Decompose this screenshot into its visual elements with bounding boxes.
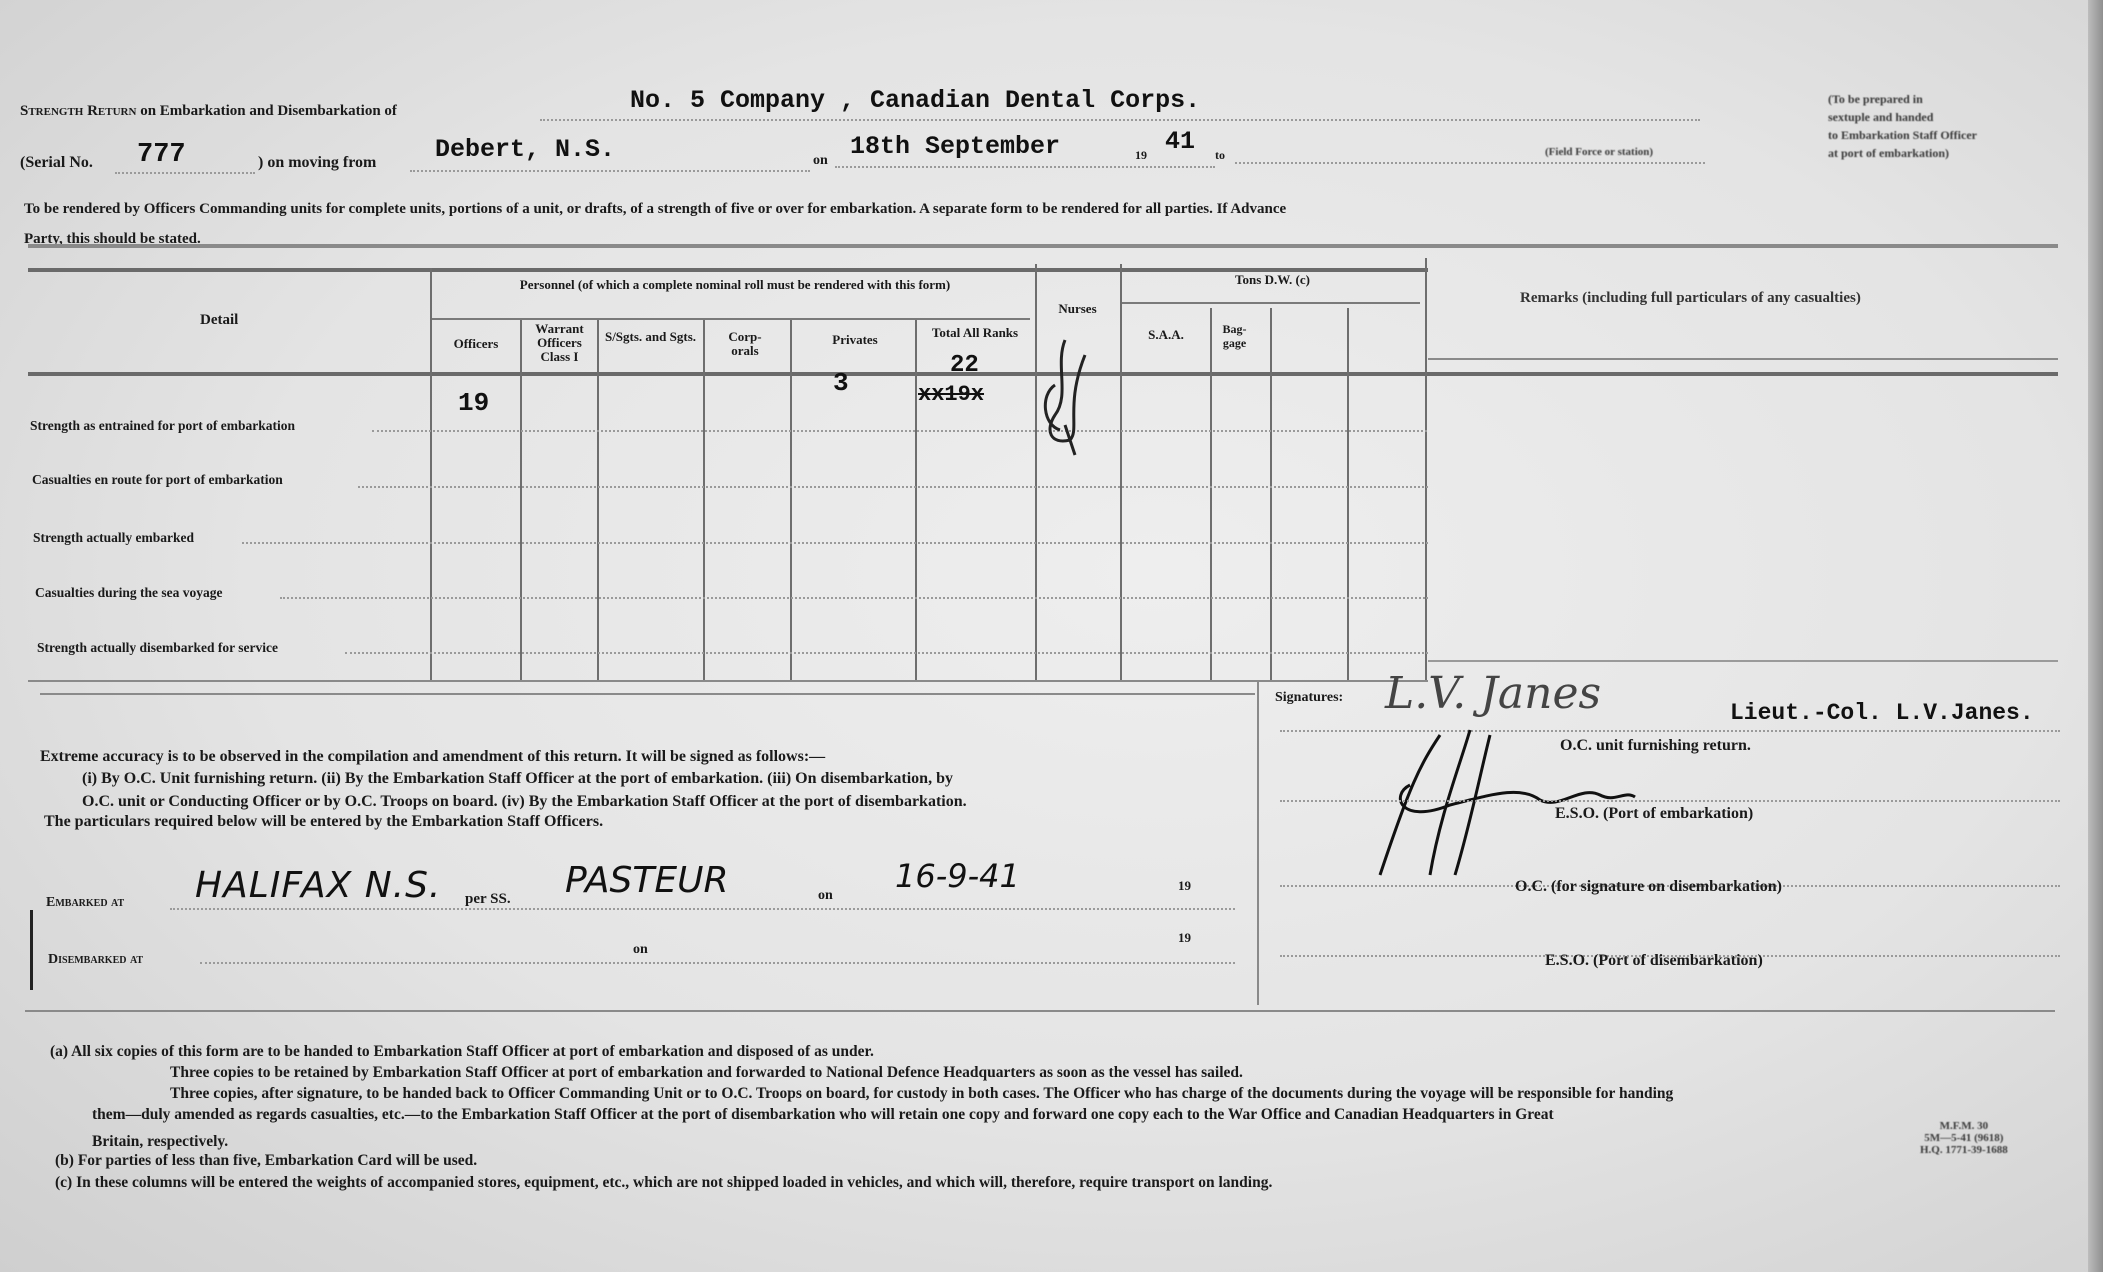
table-bottom-border [28,680,1428,682]
row-label-disembarked: Strength actually disembarked for servic… [37,640,278,656]
row-label-casualties-en-route: Casualties en route for port of embarkat… [32,472,283,488]
oc-disembarkation-caption: O.C. (for signature on disembarkation) [1515,878,1782,896]
date-value: 18th September [850,132,1060,161]
side-note: (To be prepared in sextuple and handed t… [1828,90,1977,162]
note-c: (c) In these columns will be entered the… [55,1174,1272,1192]
detail-header: Detail [200,312,238,329]
row-label-actually-embarked: Strength actually embarked [33,530,194,546]
col-divider [1425,258,1427,680]
disembarked-line [200,962,1235,964]
form-id: M.F.M. 30 5M—5-41 (9618) H.Q. 1771-39-16… [1920,1120,2008,1156]
col-divider [915,320,917,680]
personnel-header: Personnel (of which a complete nominal r… [440,278,1030,292]
row-rule [280,597,1428,599]
note-a-5: Britain, respectively. [92,1133,228,1151]
col-baggage: Bag-gage [1212,322,1257,350]
remarks-bottom-line [1428,660,2058,662]
unit-name: No. 5 Company , Canadian Dental Corps. [630,86,1200,115]
embarked-at-value: HALIFAX N.S. [195,865,441,906]
cell-privates-entrained: 3 [833,368,849,398]
serial-field-line [115,172,255,174]
col-divider [1210,308,1212,680]
col-divider [1270,308,1272,680]
section-divider [40,693,1255,695]
to-label: to [1215,148,1225,163]
col-divider [1120,264,1122,680]
document-page: Strength Return on Embarkation and Disem… [0,0,2103,1272]
form-id-line: M.F.M. 30 [1920,1120,2008,1132]
disembarked-on-label: on [633,942,648,958]
oc-typed-name: Lieut.-Col. L.V.Janes. [1730,700,2034,726]
remarks-header: Remarks (including full particulars of a… [1520,290,1861,307]
moving-from-label: ) on moving from [258,154,376,172]
year-prefix: 19 [1135,148,1147,163]
form-title: Strength Return on Embarkation and Disem… [20,103,397,120]
col-divider [430,268,432,680]
note-a-4: them—duly amended as regards casualties,… [92,1106,1554,1124]
signing-line-3: O.C. unit or Conducting Officer or by O.… [82,793,967,811]
col-divider [520,320,522,680]
table-top-border [28,244,2058,248]
col-corporals: Corp-orals [715,330,775,358]
year-value: 41 [1165,127,1195,156]
moving-from-line [410,170,810,172]
row-rule [358,486,1428,488]
date-on-label: on [813,153,828,169]
tons-header: Tons D.W. (c) [1125,273,1420,287]
tons-subheader-line [1120,302,1420,304]
form-title-rest: on Embarkation and Disembarkation of [140,103,397,119]
signing-line-2: (i) By O.C. Unit furnishing return. (ii)… [82,770,953,788]
embarked-at-label: Embarked at [46,895,124,911]
embarked-year-prefix: 19 [1178,878,1191,894]
remarks-line [1428,358,2058,360]
col-divider [703,320,705,680]
row-rule [242,542,1428,544]
notes-divider [25,1010,2055,1012]
note-a-3: Three copies, after signature, to be han… [170,1085,1673,1103]
eso-sign-line [1280,800,2060,802]
unit-field-line [540,119,1700,121]
row-label-casualties-voyage: Casualties during the sea voyage [35,585,223,601]
form-id-line: 5M—5-41 (9618) [1920,1132,2008,1144]
nurses-mark-icon [1035,335,1095,460]
cell-total-struck: xx19x [918,382,984,407]
col-sgts: S/Sgts. and Sgts. [603,330,698,344]
embarked-line [170,908,1235,910]
col-divider [1035,264,1037,680]
row-label-entrained: Strength as entrained for port of embark… [30,418,295,434]
instructions-line-1: To be rendered by Officers Commanding un… [24,201,1286,218]
cell-total-corrected: 22 [950,352,979,379]
note-b: (b) For parties of less than five, Embar… [55,1152,477,1170]
moving-from-value: Debert, N.S. [435,135,615,164]
signatures-label: Signatures: [1275,690,1343,706]
field-force-note: (Field Force or station) [1545,143,1653,161]
note-a-2: Three copies to be retained by Embarkati… [170,1064,1243,1082]
side-note-line: sextuple and handed [1828,108,1977,126]
table-top-border-2 [28,268,1428,272]
col-divider [597,320,599,680]
embarked-on-label: on [818,888,833,904]
per-ss-label: per SS. [465,891,511,908]
date-field-line [835,166,1215,168]
col-nurses: Nurses [1040,302,1115,316]
bracket-mark [30,910,33,990]
form-id-line: H.Q. 1771-39-1688 [1920,1144,2008,1156]
note-a-1: (a) All six copies of this form are to b… [50,1043,874,1061]
oc-signature: L.V. Janes [1385,668,1601,719]
page-edge [2088,0,2103,1272]
disembarked-year-prefix: 19 [1178,930,1191,946]
col-saa: S.A.A. [1122,328,1210,342]
col-divider [1347,308,1349,680]
eso-embarkation-caption: E.S.O. (Port of embarkation) [1555,805,1753,823]
signing-line-1: Extreme accuracy is to be observed in th… [40,748,825,766]
signature-divider [1257,680,1259,1005]
cell-officers-entrained: 19 [458,388,489,418]
destination-line [1235,162,1705,164]
form-title-strong: Strength Return [20,103,136,119]
side-note-line: (To be prepared in [1828,90,1977,108]
eso-disembarkation-caption: E.S.O. (Port of disembarkation) [1545,952,1763,970]
row-rule [372,430,1427,432]
embarked-date: 16-9-41 [895,857,1020,895]
col-warrant-officers: Warrant Officers Class I [522,322,597,364]
serial-number: 777 [137,140,186,170]
col-divider [790,320,792,680]
row-rule [345,652,1428,654]
ship-name: PASTEUR [565,860,729,901]
side-note-line: at port of embarkation) [1828,144,1977,162]
side-note-line: to Embarkation Staff Officer [1828,126,1977,144]
col-officers: Officers [432,337,520,351]
col-privates: Privates [795,333,915,347]
col-total-all-ranks: Total All Ranks [930,326,1020,340]
signing-line-4: The particulars required below will be e… [44,813,603,831]
disembarked-at-label: Disembarked at [48,952,143,968]
serial-label: (Serial No. [20,154,93,172]
